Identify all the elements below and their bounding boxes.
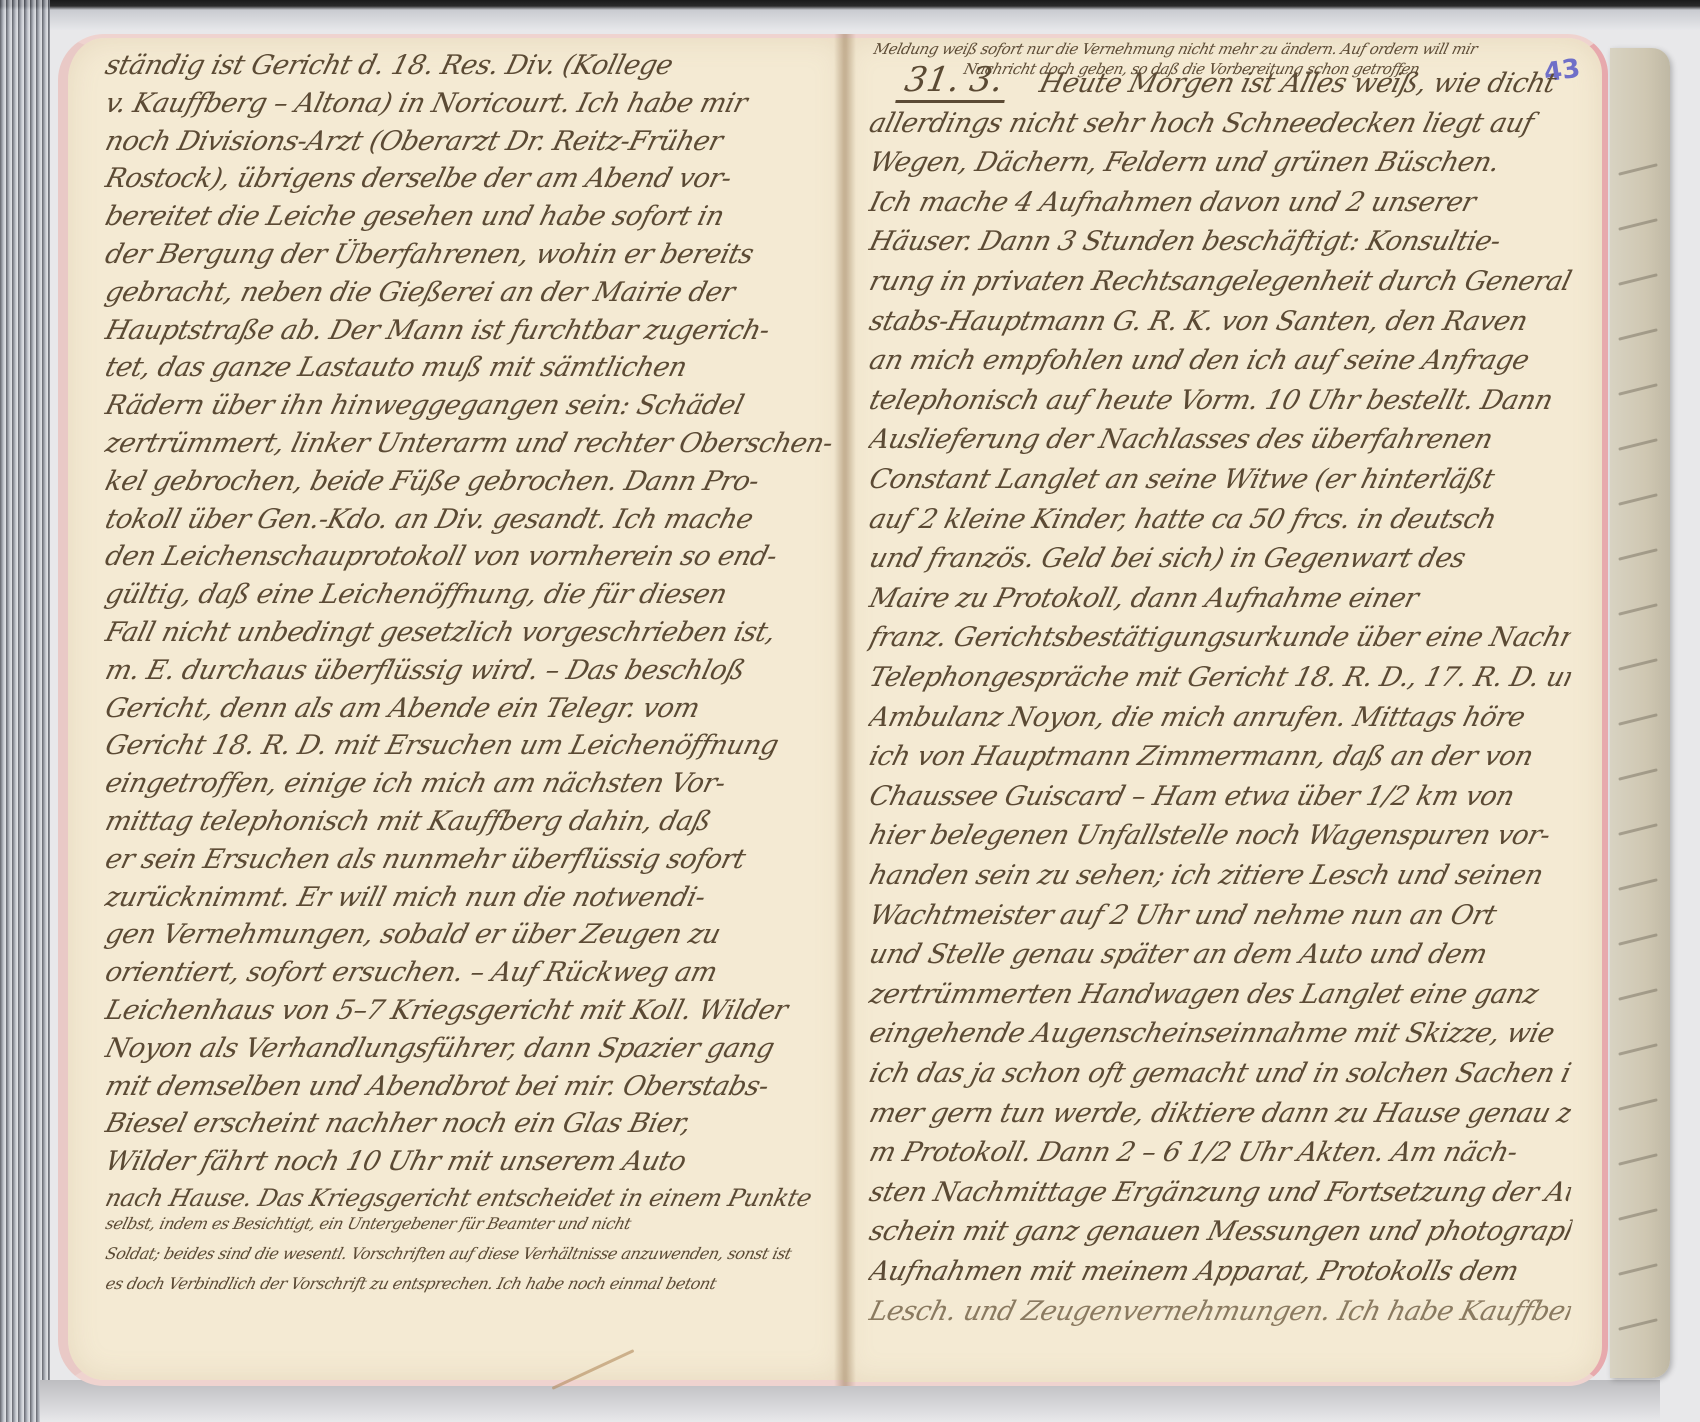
handwritten-line: orientiert, sofort ersuchen. – Auf Rückw… bbox=[102, 957, 840, 988]
handwritten-line: er sein Ersuchen als nunmehr überflüssig… bbox=[102, 844, 840, 875]
handwritten-line: der Bergung der Überfahrenen, wohin er b… bbox=[102, 239, 840, 270]
handwritten-line: mit demselben und Abendbrot bei mir. Obe… bbox=[102, 1071, 840, 1102]
handwritten-line: mittag telephonisch mit Kauffberg dahin,… bbox=[102, 806, 840, 837]
handwritten-line: Auslieferung der Nachlasses des überfahr… bbox=[866, 424, 1574, 455]
handwritten-line: Maire zu Protokoll, dann Aufnahme einer bbox=[866, 583, 1574, 614]
handwritten-line: kel gebrochen, beide Füße gebrochen. Dan… bbox=[102, 466, 840, 497]
handwritten-line: gen Vernehmungen, sobald er über Zeugen … bbox=[102, 919, 840, 950]
bleed-through-stroke bbox=[1618, 383, 1658, 396]
bleed-through-stroke bbox=[1618, 1208, 1658, 1221]
handwritten-line: Wilder fährt noch 10 Uhr mit unserem Aut… bbox=[102, 1146, 840, 1177]
handwritten-line: Telephongespräche mit Gericht 18. R. D.,… bbox=[866, 662, 1574, 693]
handwritten-line: Hauptstraße ab. Der Mann ist furchtbar z… bbox=[102, 315, 840, 346]
bleed-through-stroke bbox=[1618, 493, 1658, 506]
handwritten-line: noch Divisions-Arzt (Oberarzt Dr. Reitz-… bbox=[102, 126, 840, 157]
entry-date: 31. 3. bbox=[895, 60, 1012, 103]
handwritten-line: Heute Morgen ist Alles weiß, wie dicht bbox=[1036, 68, 1700, 99]
handwritten-line: zertrümmerten Handwagen des Langlet eine… bbox=[866, 979, 1574, 1010]
handwritten-line: Biesel erscheint nachher noch ein Glas B… bbox=[102, 1108, 840, 1139]
handwritten-line: Fall nicht unbedingt gesetzlich vorgesch… bbox=[102, 617, 840, 648]
handwritten-line: eingetroffen, einige ich mich am nächste… bbox=[102, 768, 840, 799]
bleed-through-stroke bbox=[1618, 1318, 1658, 1331]
bleed-through-stroke bbox=[1618, 438, 1658, 451]
scanner-bed-left bbox=[0, 0, 50, 1422]
handwritten-line: gebracht, neben die Gießerei an der Mair… bbox=[102, 277, 840, 308]
book-gutter bbox=[834, 34, 856, 1386]
handwritten-line: Ambulanz Noyon, die mich anrufen. Mittag… bbox=[866, 702, 1574, 733]
handwritten-line: Häuser. Dann 3 Stunden beschäftigt: Kons… bbox=[866, 226, 1574, 257]
handwritten-line: Chaussee Guiscard – Ham etwa über 1/2 km… bbox=[866, 781, 1574, 812]
ink-smudge bbox=[552, 1349, 635, 1390]
handwritten-line: es doch Verbindlich der Vorschrift zu en… bbox=[104, 1274, 839, 1293]
bleed-through-stroke bbox=[1618, 1043, 1658, 1056]
handwritten-line: schein mit ganz genauen Messungen und ph… bbox=[866, 1216, 1574, 1247]
bleed-through-stroke bbox=[1618, 933, 1658, 946]
bleed-through-stroke bbox=[1618, 548, 1658, 561]
bleed-through-stroke bbox=[1618, 878, 1658, 891]
handwritten-line: tokoll über Gen.-Kdo. an Div. gesandt. I… bbox=[102, 504, 840, 535]
bleed-through-stroke bbox=[1618, 163, 1658, 176]
handwritten-line: m Protokoll. Dann 2 – 6 1/2 Uhr Akten. A… bbox=[866, 1137, 1574, 1168]
handwritten-line: ich von Hauptmann Zimmermann, daß an der… bbox=[866, 741, 1574, 772]
handwritten-line: Wachtmeister auf 2 Uhr und nehme nun an … bbox=[866, 900, 1574, 931]
handwritten-line: Rostock), übrigens derselbe der am Abend… bbox=[102, 163, 840, 194]
bleed-through-stroke bbox=[1618, 713, 1658, 726]
handwritten-line: nach Hause. Das Kriegsgericht entscheide… bbox=[103, 1184, 840, 1212]
bleed-through-stroke bbox=[1618, 1263, 1658, 1276]
handwritten-line: telephonisch auf heute Vorm. 10 Uhr best… bbox=[866, 385, 1574, 416]
handwritten-line: sten Nachmittage Ergänzung und Fortsetzu… bbox=[866, 1177, 1574, 1208]
handwritten-line: Soldat; beides sind die wesentl. Vorschr… bbox=[104, 1244, 839, 1263]
bleed-through-stroke bbox=[1618, 328, 1658, 341]
handwritten-line: auf 2 kleine Kinder, hatte ca 50 frcs. i… bbox=[866, 504, 1574, 535]
handwritten-line: und französ. Geld bei sich) in Gegenwart… bbox=[866, 543, 1574, 574]
handwritten-line: handen sein zu sehen; ich zitiere Lesch … bbox=[866, 860, 1574, 891]
handwritten-line: franz. Gerichtsbestätigungsurkunde über … bbox=[866, 622, 1574, 653]
handwritten-line: tet, das ganze Lastauto muß mit sämtlich… bbox=[102, 352, 840, 383]
handwritten-line: ich das ja schon oft gemacht und in solc… bbox=[866, 1058, 1574, 1089]
handwritten-line: m. E. durchaus überflüssig wird. – Das b… bbox=[102, 655, 840, 686]
handwritten-line: allerdings nicht sehr hoch Schneedecken … bbox=[866, 108, 1574, 139]
scanner-bed-top bbox=[0, 0, 1700, 30]
margin-note-line: Meldung weiß sofort nur die Vernehmung n… bbox=[872, 40, 1536, 58]
bleed-through-stroke bbox=[1618, 768, 1658, 781]
handwritten-line: Ich mache 4 Aufnahmen davon und 2 unsere… bbox=[866, 187, 1574, 218]
bleed-through-stroke bbox=[1618, 1098, 1658, 1111]
bleed-through-stroke bbox=[1618, 1153, 1658, 1166]
loose-back-pages bbox=[1610, 48, 1670, 1378]
handwritten-line: Leichenhaus von 5–7 Kriegsgericht mit Ko… bbox=[102, 995, 840, 1026]
handwritten-line: Gericht, denn als am Abende ein Telegr. … bbox=[102, 693, 840, 724]
bleed-through-stroke bbox=[1618, 218, 1658, 231]
handwritten-line: v. Kauffberg – Altona) in Noricourt. Ich… bbox=[102, 88, 840, 119]
handwritten-line: eingehende Augenscheinseinnahme mit Skiz… bbox=[866, 1018, 1574, 1049]
handwritten-line: den Leichenschauprotokoll von vornherein… bbox=[102, 541, 840, 572]
handwritten-line: Aufnahmen mit meinem Apparat, Protokolls… bbox=[866, 1256, 1574, 1287]
handwritten-line: Lesch. und Zeugenvernehmungen. Ich habe … bbox=[866, 1296, 1574, 1327]
handwritten-line: Noyon als Verhandlungsführer, dann Spazi… bbox=[102, 1033, 840, 1064]
bleed-through-stroke bbox=[1618, 823, 1658, 836]
bleed-through-stroke bbox=[1618, 658, 1658, 671]
handwritten-line: selbst, indem es Besichtigt, ein Unterge… bbox=[104, 1214, 839, 1233]
handwritten-line: rung in privaten Rechtsangelegenheit dur… bbox=[866, 266, 1574, 297]
bleed-through-stroke bbox=[1618, 273, 1658, 286]
handwritten-line: Gericht 18. R. D. mit Ersuchen um Leiche… bbox=[102, 730, 840, 761]
handwritten-line: bereitet die Leiche gesehen und habe sof… bbox=[102, 201, 840, 232]
scanner-shadow bbox=[40, 1380, 1660, 1422]
handwritten-line: Rädern über ihn hinweggegangen sein: Sch… bbox=[102, 390, 840, 421]
handwritten-line: zurücknimmt. Er will mich nun die notwen… bbox=[102, 882, 840, 913]
notebook-spread: ständig ist Gericht d. 18. Res. Div. (Ko… bbox=[58, 34, 1618, 1386]
handwritten-line: gültig, daß eine Leichenöffnung, die für… bbox=[102, 579, 840, 610]
handwritten-line: ständig ist Gericht d. 18. Res. Div. (Ko… bbox=[102, 50, 840, 81]
handwritten-line: an mich empfohlen und den ich auf seine … bbox=[866, 345, 1574, 376]
handwritten-line: Constant Langlet an seine Witwe (er hint… bbox=[866, 464, 1574, 495]
handwritten-line: Wegen, Dächern, Feldern und grünen Büsch… bbox=[866, 147, 1574, 178]
handwritten-line: und Stelle genau später an dem Auto und … bbox=[866, 939, 1574, 970]
left-page: ständig ist Gericht d. 18. Res. Div. (Ko… bbox=[58, 34, 844, 1386]
right-page: Meldung weiß sofort nur die Vernehmung n… bbox=[844, 34, 1608, 1386]
handwritten-line: hier belegenen Unfallstelle noch Wagensp… bbox=[866, 820, 1574, 851]
handwritten-line: stabs-Hauptmann G. R. K. von Santen, den… bbox=[866, 306, 1574, 337]
bleed-through-stroke bbox=[1618, 988, 1658, 1001]
handwritten-line: zertrümmert, linker Unterarm und rechter… bbox=[102, 428, 840, 459]
bleed-through-stroke bbox=[1618, 603, 1658, 616]
handwritten-line: mer gern tun werde, diktiere dann zu Hau… bbox=[866, 1098, 1574, 1129]
